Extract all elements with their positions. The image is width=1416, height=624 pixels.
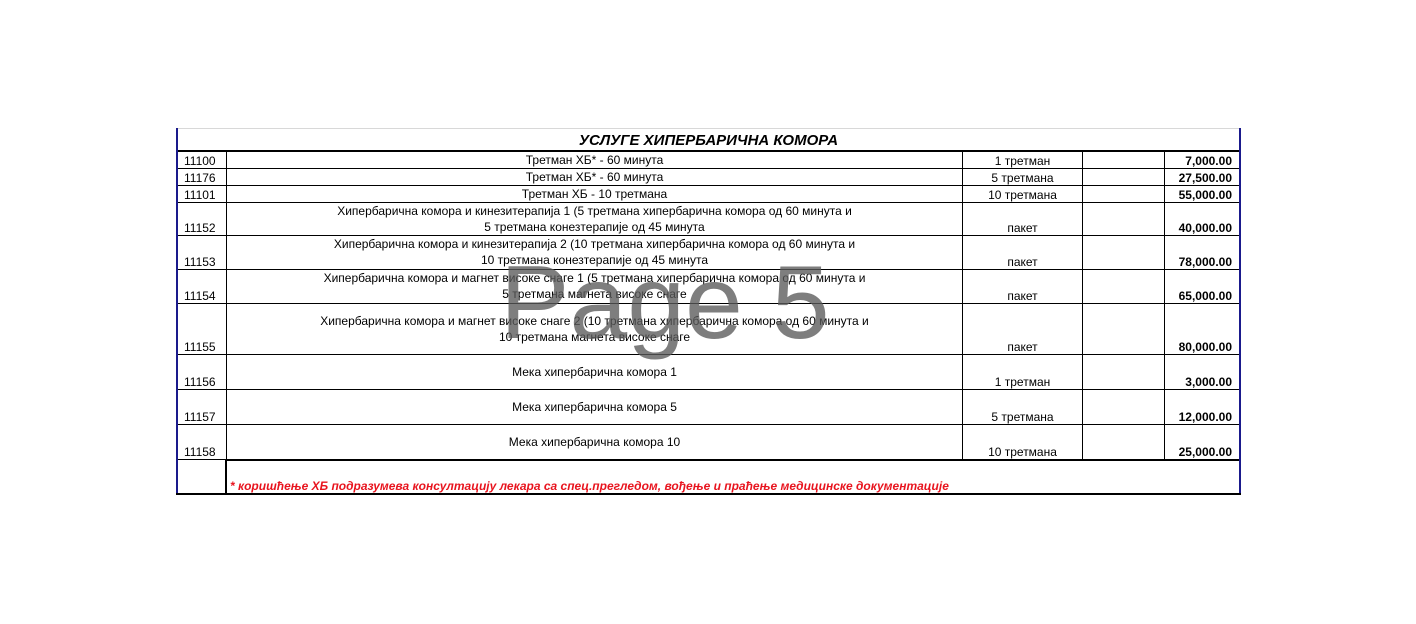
price: 12,000.00 [1179,410,1232,424]
table-row: 11154Хипербарична комора и магнет високе… [178,270,1239,304]
empty-cell [1083,236,1165,269]
empty-cell [1083,355,1165,389]
service-code: 11154 [184,289,226,303]
unit-cell: 5 третмана [963,390,1083,424]
description-line: 10 третмана конезтерапије од 45 минута [227,252,962,268]
price: 55,000.00 [1179,188,1232,202]
service-code-cell: 11100 [178,152,227,168]
unit-cell: 10 третмана [963,186,1083,202]
table-row: 11155Хипербарична комора и магнет високе… [178,304,1239,355]
price-cell: 65,000.00 [1165,270,1239,303]
service-code: 11153 [184,255,226,269]
sheet-bottom-border [176,493,1241,495]
price-cell: 78,000.00 [1165,236,1239,269]
description-cell: Хипербарична комора и кинезитерапија 1 (… [227,203,963,235]
price-cell: 55,000.00 [1165,186,1239,202]
service-code: 11101 [184,188,226,202]
description-line: 5 третмана конезтерапије од 45 минута [227,219,962,235]
description-cell: Третман ХБ* - 60 минута [227,152,963,168]
description-text: Третман ХБ* - 60 минута [227,169,962,185]
service-code-cell: 11101 [178,186,227,202]
unit: пакет [963,289,1082,303]
empty-cell [1083,390,1165,424]
price: 7,000.00 [1185,154,1232,168]
price-cell: 27,500.00 [1165,169,1239,185]
unit-cell: пакет [963,304,1083,354]
description-line: Хипербарична комора и магнет високе снаг… [227,313,962,329]
description-cell: Хипербарична комора и кинезитерапија 2 (… [227,236,963,269]
unit: 5 третмана [963,171,1082,185]
table-row: 11101Третман ХБ - 10 третмана10 третмана… [178,186,1239,203]
description-cell: Мека хипербарична комора 1 [227,355,963,389]
unit-cell: 5 третмана [963,169,1083,185]
description-line: Третман ХБ* - 60 минута [227,169,962,185]
description-text: Третман ХБ* - 60 минута [227,152,962,168]
service-code-cell: 11154 [178,270,227,303]
description-text: Мека хипербарична комора 5 [227,399,962,415]
table-row: 11158Мека хипербарична комора 1010 третм… [178,425,1239,460]
service-code: 11155 [184,340,226,354]
unit-cell: пакет [963,270,1083,303]
service-code: 11176 [184,171,226,185]
description-cell: Мека хипербарична комора 5 [227,390,963,424]
price-cell: 12,000.00 [1165,390,1239,424]
unit: 10 третмана [963,188,1082,202]
footer-code-cell [178,459,227,494]
table-row: 11100Третман ХБ* - 60 минута1 третман7,0… [178,152,1239,169]
price-cell: 7,000.00 [1165,152,1239,168]
description-line: 10 третмана магнета високе снаге [227,329,962,345]
description-cell: Хипербарична комора и магнет високе снаг… [227,304,963,354]
unit-cell: 10 третмана [963,425,1083,459]
description-text: Хипербарична комора и магнет високе снаг… [227,313,962,345]
description-cell: Третман ХБ* - 60 минута [227,169,963,185]
description-line: Третман ХБ - 10 третмана [227,186,962,202]
unit-cell: 1 третман [963,152,1083,168]
unit: 10 третмана [963,445,1082,459]
table-row: 11152Хипербарична комора и кинезитерапиј… [178,203,1239,236]
footnote: * коришћење ХБ подразумева консултацију … [230,479,949,493]
price-cell: 3,000.00 [1165,355,1239,389]
service-code: 11152 [184,221,226,235]
empty-cell [1083,425,1165,459]
service-code-cell: 11152 [178,203,227,235]
service-code-cell: 11155 [178,304,227,354]
empty-cell [1083,152,1165,168]
price-cell: 80,000.00 [1165,304,1239,354]
description-cell: Хипербарична комора и магнет високе снаг… [227,270,963,303]
empty-cell [1083,203,1165,235]
table-row: 11153Хипербарична комора и кинезитерапиј… [178,236,1239,270]
description-text: Хипербарична комора и кинезитерапија 1 (… [227,203,962,235]
service-code-cell: 11158 [178,425,227,459]
price: 65,000.00 [1179,289,1232,303]
description-line: Мека хипербарична комора 10 [227,434,962,450]
unit: пакет [963,255,1082,269]
service-code-cell: 11153 [178,236,227,269]
unit: пакет [963,221,1082,235]
price: 40,000.00 [1179,221,1232,235]
price: 3,000.00 [1185,375,1232,389]
service-code-cell: 11176 [178,169,227,185]
description-cell: Мека хипербарична комора 10 [227,425,963,459]
price: 27,500.00 [1179,171,1232,185]
service-code-cell: 11157 [178,390,227,424]
description-text: Третман ХБ - 10 третмана [227,186,962,202]
unit-cell: пакет [963,203,1083,235]
unit-cell: 1 третман [963,355,1083,389]
service-code: 11157 [184,410,226,424]
empty-cell [1083,304,1165,354]
description-text: Мека хипербарична комора 1 [227,364,962,380]
description-line: Мека хипербарична комора 5 [227,399,962,415]
description-text: Мека хипербарична комора 10 [227,434,962,450]
price-cell: 40,000.00 [1165,203,1239,235]
unit: 1 третман [963,154,1082,168]
service-code-cell: 11156 [178,355,227,389]
price: 78,000.00 [1179,255,1232,269]
price: 25,000.00 [1179,445,1232,459]
unit: 1 третман [963,375,1082,389]
table-row: 11176Третман ХБ* - 60 минута5 третмана27… [178,169,1239,186]
description-line: Хипербарична комора и кинезитерапија 2 (… [227,236,962,252]
unit: 5 третмана [963,410,1082,424]
description-line: Третман ХБ* - 60 минута [227,152,962,168]
description-line: Мека хипербарична комора 1 [227,364,962,380]
description-line: Хипербарична комора и кинезитерапија 1 (… [227,203,962,219]
unit-cell: пакет [963,236,1083,269]
service-code: 11156 [184,375,226,389]
price: 80,000.00 [1179,340,1232,354]
unit: пакет [963,340,1082,354]
table-row: 11157Мека хипербарична комора 55 третман… [178,390,1239,425]
description-text: Хипербарична комора и магнет високе снаг… [227,270,962,302]
empty-cell [1083,270,1165,303]
description-text: Хипербарична комора и кинезитерапија 2 (… [227,236,962,268]
price-cell: 25,000.00 [1165,425,1239,459]
description-line: 5 третмана магнета високе снаге [227,286,962,302]
service-code: 11100 [184,154,226,168]
empty-cell [1083,186,1165,202]
sheet-title: УСЛУГЕ ХИПЕРБАРИЧНА КОМОРА [178,129,1239,150]
print-area-right-border [1239,128,1241,495]
description-line: Хипербарична комора и магнет високе снаг… [227,270,962,286]
footer-divider [227,459,1239,461]
empty-cell [1083,169,1165,185]
table-row: 11156Мека хипербарична комора 11 третман… [178,355,1239,390]
description-cell: Третман ХБ - 10 третмана [227,186,963,202]
service-code: 11158 [184,445,226,459]
